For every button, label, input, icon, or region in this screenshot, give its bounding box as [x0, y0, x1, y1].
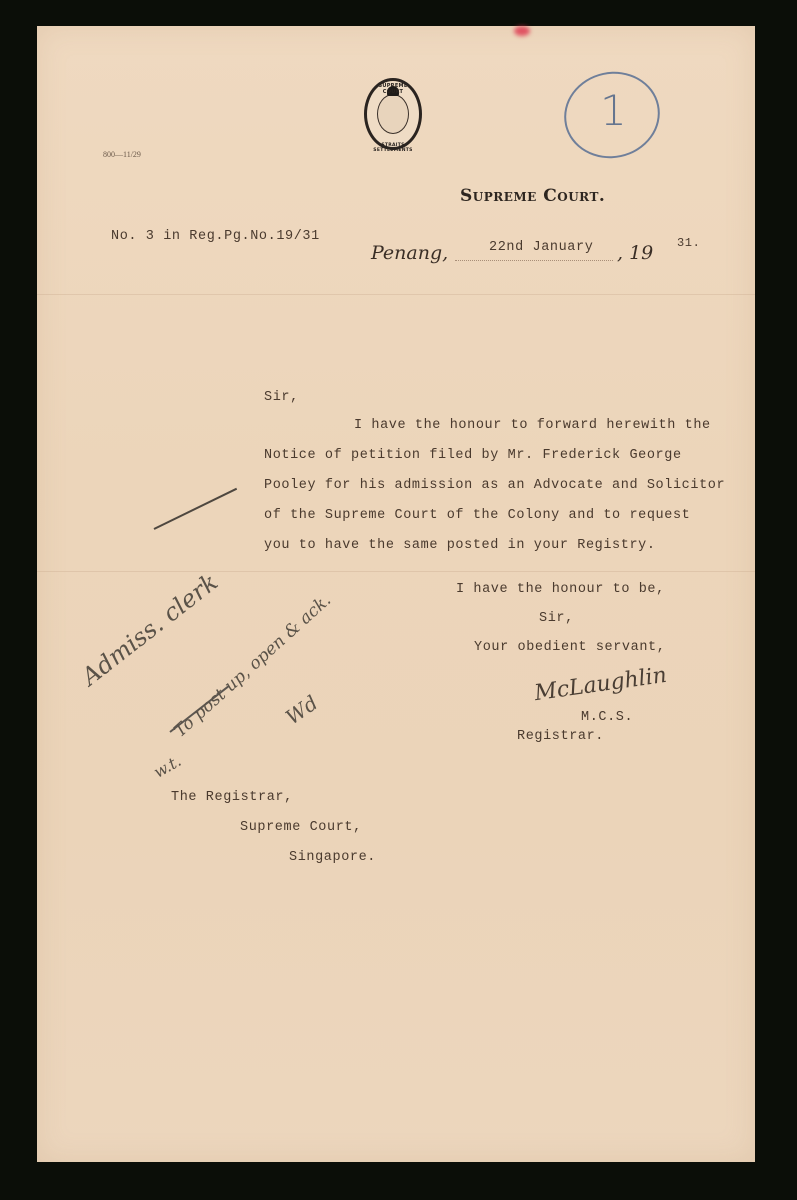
document-page: SUPREME COURT STRAITS SETTLEMENTS 1 800—…: [37, 26, 755, 1162]
margin-note-admission-clerk: Admiss. clerk: [76, 568, 223, 691]
addressee-line-1: The Registrar,: [171, 790, 293, 805]
margin-note-extra: w.t.: [150, 751, 184, 782]
body-line-3: Pooley for his admission as an Advocate …: [264, 478, 725, 493]
body-line-5: you to have the same posted in your Regi…: [264, 538, 656, 553]
date-line: [455, 260, 613, 261]
letterhead-title: Supreme Court.: [460, 186, 605, 206]
addressee-line-3: Singapore.: [289, 850, 376, 865]
margin-initials: Wd: [281, 691, 322, 730]
fold-line: [37, 294, 755, 295]
print-number: 800—11/29: [103, 150, 141, 159]
year-prefix: , 19: [617, 242, 653, 264]
folio-number: 1: [600, 86, 627, 135]
body-line-1: I have the honour to forward herewith th…: [354, 418, 711, 433]
signature: McLaughlin: [533, 663, 668, 706]
body-line-4: of the Supreme Court of the Colony and t…: [264, 508, 690, 523]
closing-line-2: Sir,: [539, 611, 574, 626]
reference-number: No. 3 in Reg.Pg.No.19/31: [111, 229, 320, 244]
date-typed: 22nd January: [489, 240, 593, 255]
seal-bottom-text: STRAITS SETTLEMENTS: [363, 143, 423, 153]
salutation: Sir,: [264, 390, 299, 405]
signatory-title: Registrar.: [517, 729, 604, 744]
margin-note-instruction: To post up, open & ack.: [170, 590, 335, 741]
year-suffix: 31.: [677, 236, 700, 250]
place-label: Penang,: [371, 242, 448, 264]
closing-line-1: I have the honour to be,: [456, 582, 665, 597]
coat-of-arms-icon: [377, 94, 409, 134]
fold-line: [37, 571, 755, 572]
red-ink-mark: [514, 26, 530, 36]
signatory-initials: M.C.S.: [581, 710, 633, 725]
body-line-2: Notice of petition filed by Mr. Frederic…: [264, 448, 682, 463]
closing-line-3: Your obedient servant,: [474, 640, 665, 655]
seal-top-text: SUPREME COURT: [369, 83, 417, 95]
addressee-line-2: Supreme Court,: [240, 820, 362, 835]
pencil-stroke: [154, 488, 238, 530]
